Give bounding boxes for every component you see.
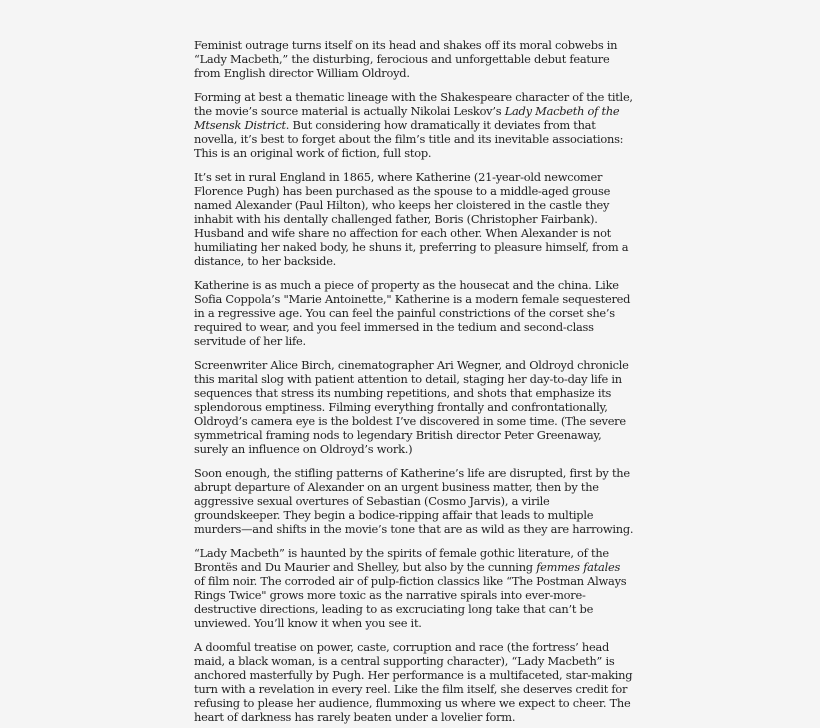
paragraph-6: Soon enough, the stifling patterns of Ka… (194, 466, 634, 536)
paragraph-1: Feminist outrage turns itself on its hea… (194, 38, 634, 80)
paragraph-4: Katherine is as much a piece of property… (194, 278, 634, 348)
italic-phrase: femmes fatales (536, 560, 620, 574)
paragraph-8: A doomful treatise on power, caste, corr… (194, 640, 634, 724)
article-body: Feminist outrage turns itself on its hea… (194, 38, 634, 728)
paragraph-3: It’s set in rural England in 1865, where… (194, 170, 634, 268)
paragraph-2: Forming at best a thematic lineage with … (194, 90, 634, 160)
paragraph-5: Screenwriter Alice Birch, cinematographe… (194, 358, 634, 456)
paragraph-7: “Lady Macbeth” is haunted by the spirits… (194, 546, 634, 630)
